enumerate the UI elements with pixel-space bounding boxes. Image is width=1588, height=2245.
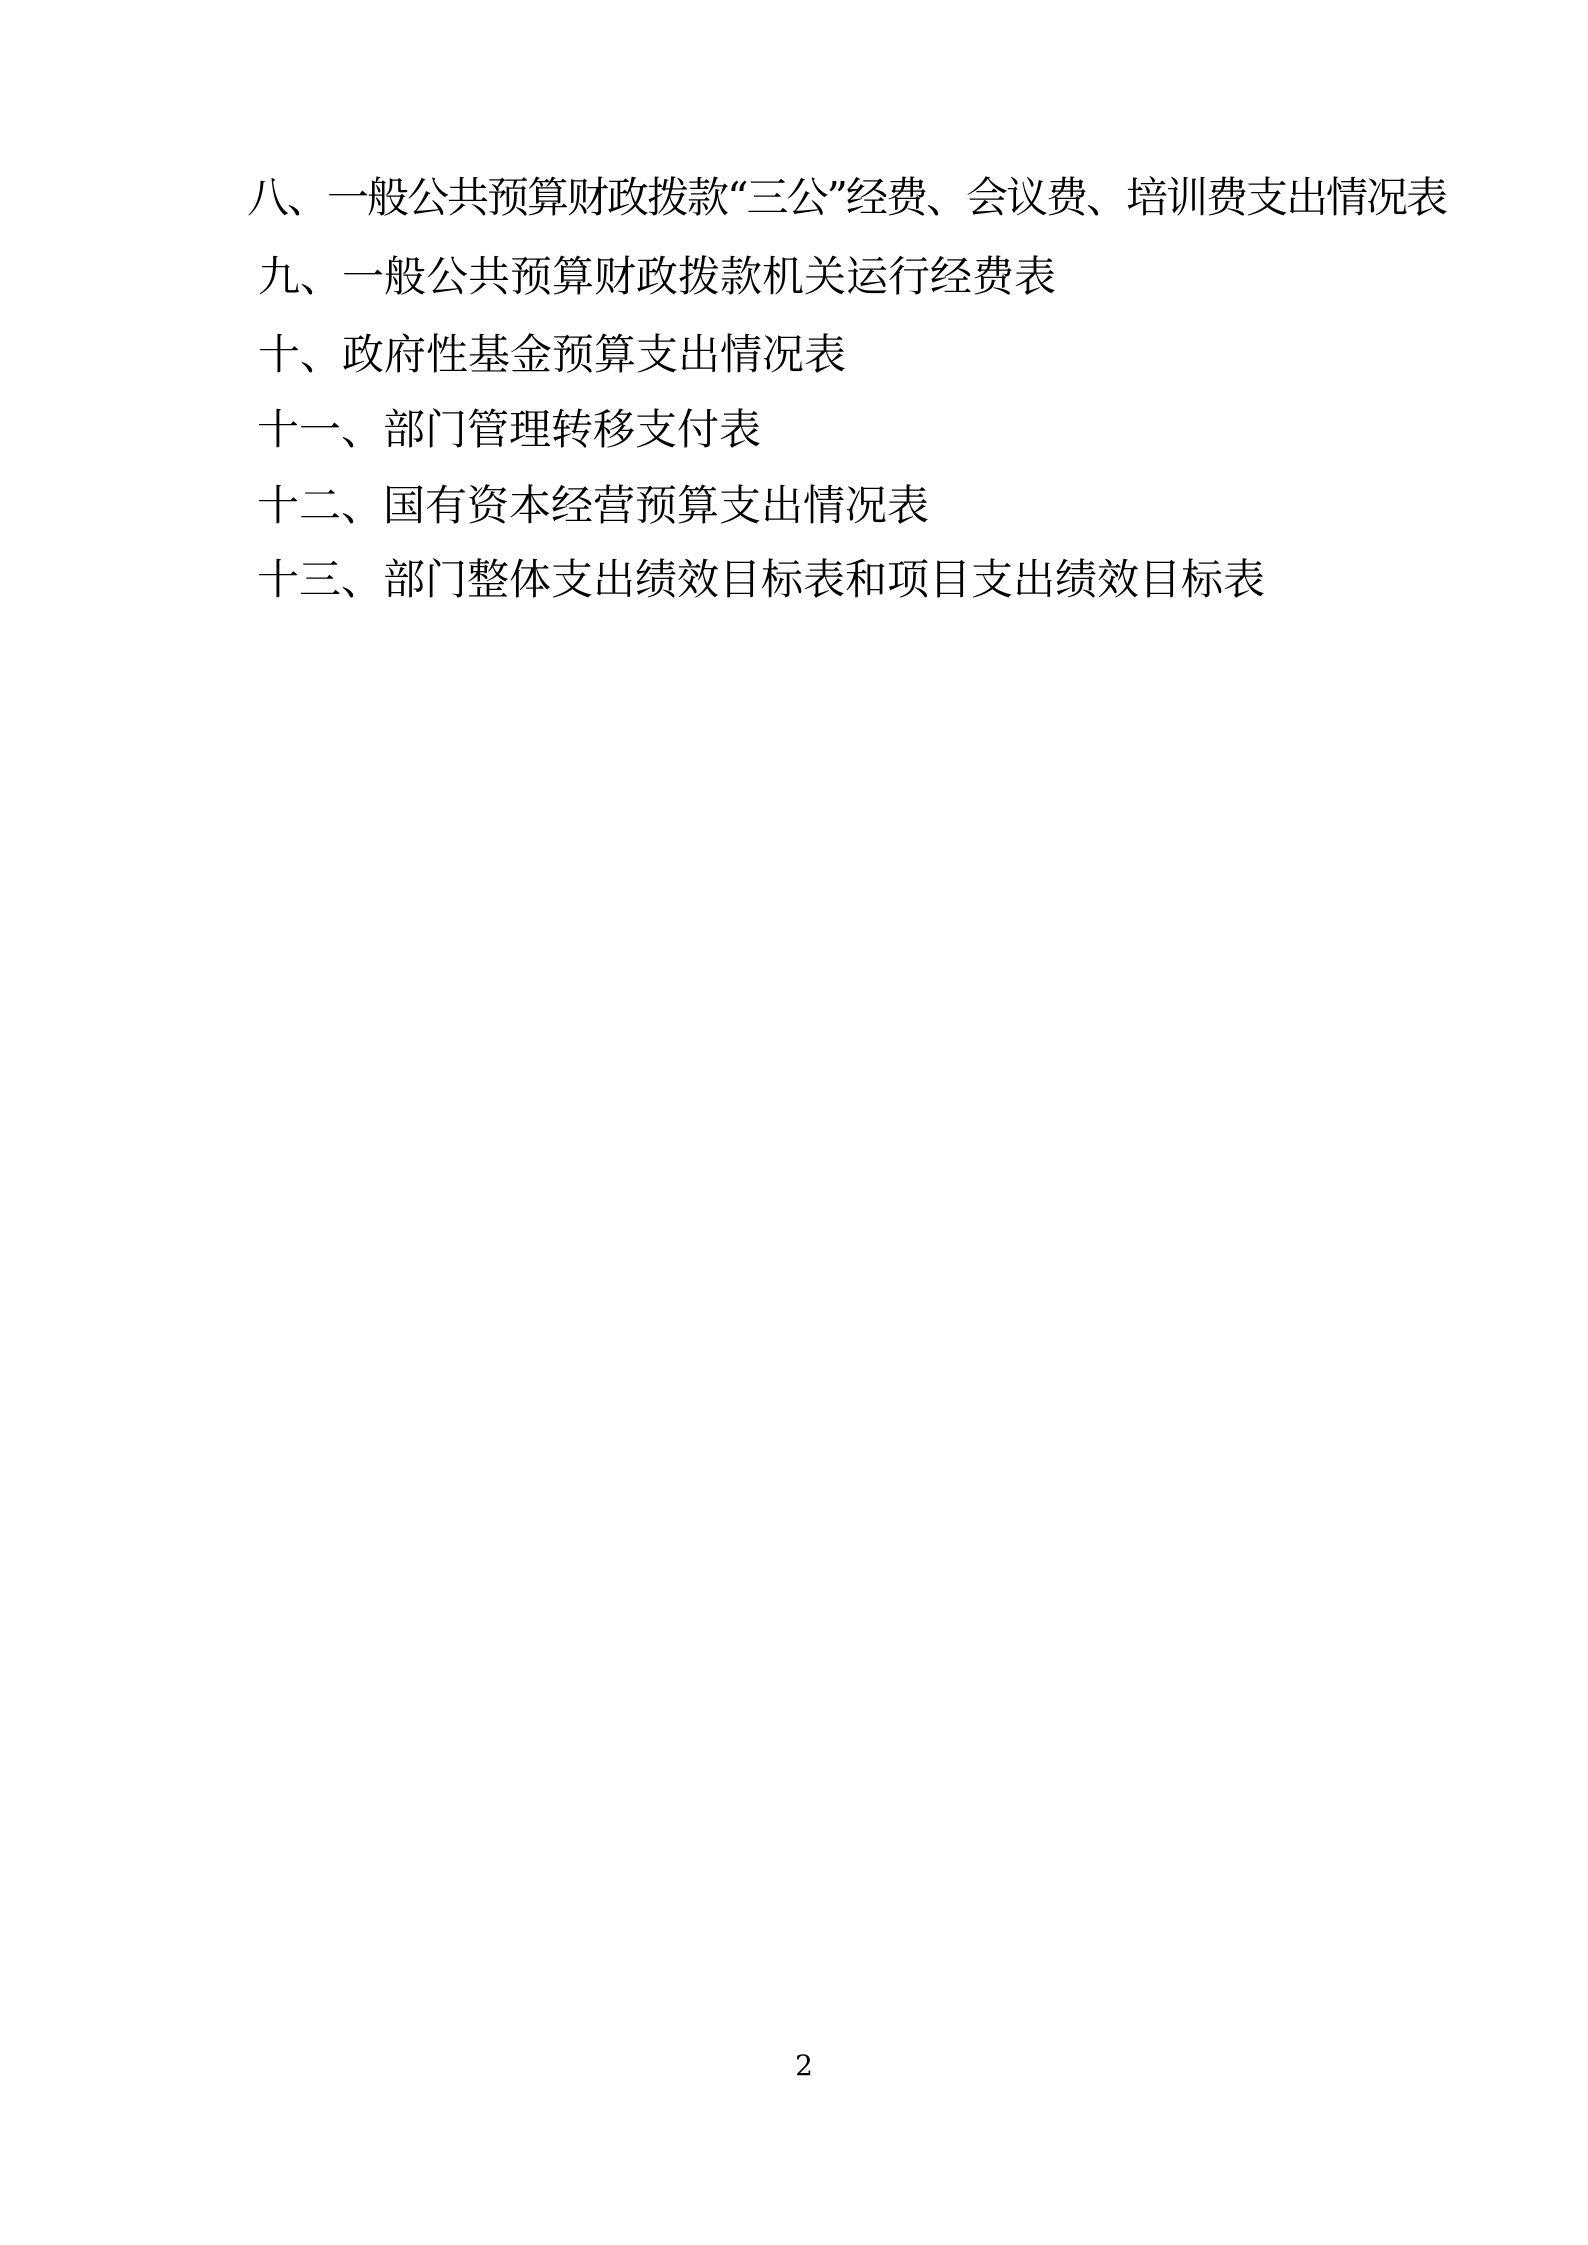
toc-item-9: 九、一般公共预算财政拨款机关运行经费表 [258,256,1056,298]
toc-item-12: 十二、国有资本经营预算支出情况表 [257,485,929,527]
toc-item-8: 八、一般公共预算财政拨款“三公”经费、会议费、培训费支出情况表 [247,177,1446,219]
toc-item-11: 十一、部门管理转移支付表 [257,409,761,451]
document-page: 八、一般公共预算财政拨款“三公”经费、会议费、培训费支出情况表 九、一般公共预算… [0,0,1588,2245]
toc-item-13: 十三、部门整体支出绩效目标表和项目支出绩效目标表 [257,559,1265,601]
toc-item-10: 十、政府性基金预算支出情况表 [258,334,846,376]
page-number: 2 [795,2052,813,2080]
